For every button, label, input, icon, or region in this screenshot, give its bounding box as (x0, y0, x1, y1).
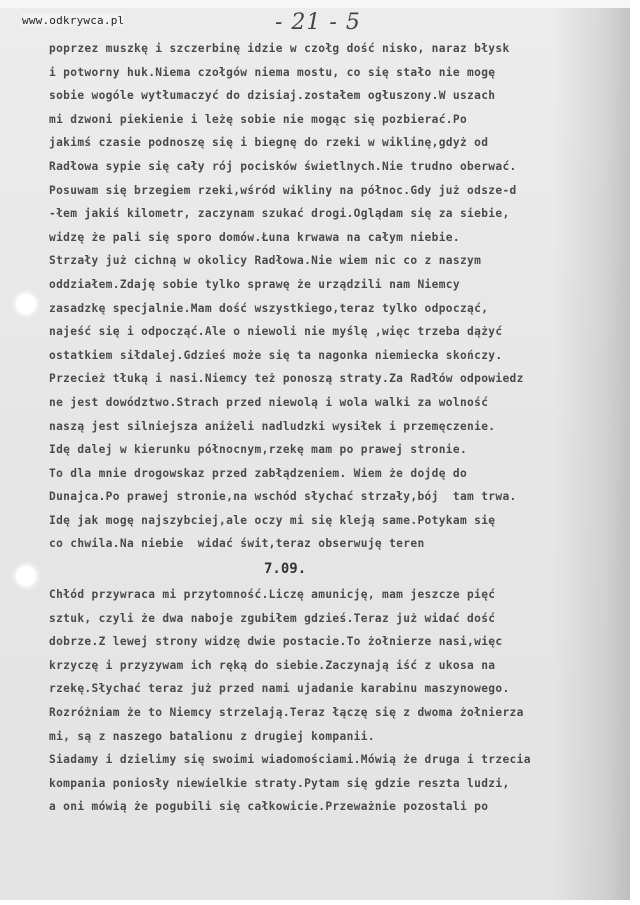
typewritten-text: poprzez muszkę i szczerbinę idzie w czoł… (49, 37, 629, 819)
handwritten-page-number: - 21 - 5 (275, 10, 361, 35)
paragraph-1: poprzez muszkę i szczerbinę idzie w czoł… (49, 37, 629, 556)
text-line: ostatkiem siłdalej.Gdzieś może się ta na… (49, 344, 629, 368)
page-top-edge (0, 0, 630, 8)
text-line: Radłowa sypie się cały rój pocisków świe… (49, 155, 629, 179)
text-line: Rozróżniam że to Niemcy strzelają.Teraz … (49, 701, 629, 725)
text-line: Idę jak mogę najszybciej,ale oczy mi się… (49, 509, 629, 533)
text-line: widzę że pali się sporo domów.Łuna krwaw… (49, 226, 629, 250)
text-line: Dunajca.Po prawej stronie,na wschód słyc… (49, 485, 629, 509)
text-line: i potworny huk.Niema czołgów niema mostu… (49, 61, 629, 85)
text-line: sobie wogóle wytłumaczyć do dzisiaj.zost… (49, 84, 629, 108)
text-line: mi, są z naszego batalionu z drugiej kom… (49, 725, 629, 749)
text-line: Przecież tłuką i nasi.Niemcy też ponoszą… (49, 367, 629, 391)
text-line: rzekę.Słychać teraz już przed nami ujada… (49, 677, 629, 701)
text-line: Siadamy i dzielimy się swoimi wiadomości… (49, 748, 629, 772)
text-line: poprzez muszkę i szczerbinę idzie w czoł… (49, 37, 629, 61)
text-line: najeść się i odpocząć.Ale o niewoli nie … (49, 320, 629, 344)
text-line: -łem jakiś kilometr, zaczynam szukać dro… (49, 202, 629, 226)
text-line: a oni mówią że pogubili się całkowicie.P… (49, 795, 629, 819)
text-line: sztuk, czyli że dwa naboje zgubiłem gdzi… (49, 607, 629, 631)
text-line: krzyczę i przyzywam ich ręką do siebie.Z… (49, 654, 629, 678)
text-line: mi dzwoni piekienie i leżę sobie nie mog… (49, 108, 629, 132)
paragraph-2: Chłód przywraca mi przytomność.Liczę amu… (49, 583, 629, 819)
text-line: To dla mnie drogowskaz przed zabłądzenie… (49, 462, 629, 486)
text-line: dobrze.Z lewej strony widzę dwie postaci… (49, 630, 629, 654)
text-line: ne jest dowództwo.Strach przed niewolą i… (49, 391, 629, 415)
punch-hole (16, 294, 36, 314)
text-line: oddziałem.Zdaję sobie tylko sprawę że ur… (49, 273, 629, 297)
date-heading: 7.09. (49, 556, 629, 583)
text-line: co chwila.Na niebie widać świt,teraz obs… (49, 532, 629, 556)
text-line: naszą jest silniejsza aniżeli nadludzki … (49, 415, 629, 439)
text-line: Idę dalej w kierunku północnym,rzekę mam… (49, 438, 629, 462)
text-line: Chłód przywraca mi przytomność.Liczę amu… (49, 583, 629, 607)
text-line: zasadzkę specjalnie.Mam dość wszystkiego… (49, 297, 629, 321)
text-line: Posuwam się brzegiem rzeki,wśród wikliny… (49, 179, 629, 203)
text-line: Strzały już cichną w okolicy Radłowa.Nie… (49, 249, 629, 273)
text-line: jakimś czasie podnoszę się i biegnę do r… (49, 131, 629, 155)
text-line: kompania poniosły niewielkie straty.Pyta… (49, 772, 629, 796)
watermark: www.odkrywca.pl (22, 14, 124, 27)
punch-hole (16, 566, 36, 586)
scanned-page: www.odkrywca.pl - 21 - 5 poprzez muszkę … (0, 0, 630, 900)
